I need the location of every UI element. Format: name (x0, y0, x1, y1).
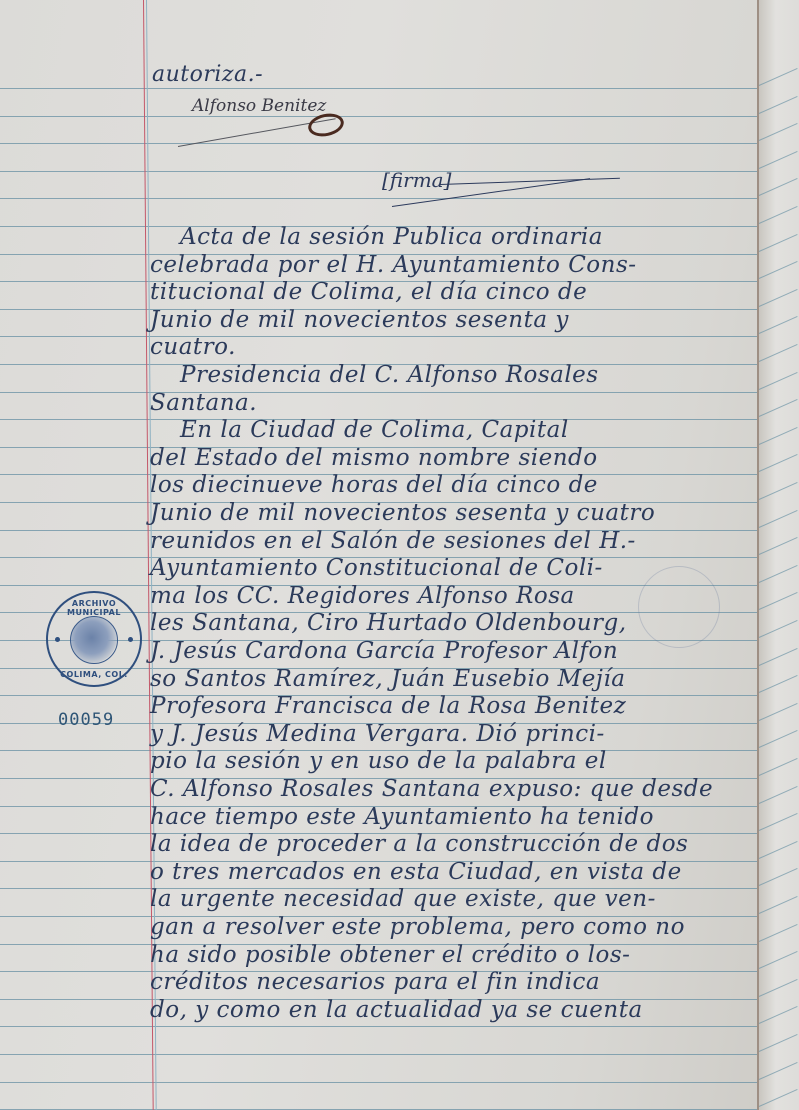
ruled-line (759, 123, 798, 141)
ruled-line (759, 703, 798, 721)
ruled-line (759, 454, 798, 472)
stamp-emblem (70, 616, 118, 664)
handwritten-line: reunidos en el Salón de sesiones del H.- (150, 528, 636, 554)
ruled-line (759, 979, 798, 997)
stamp-star-right (128, 637, 133, 642)
ruled-line (759, 841, 798, 859)
handwritten-line: la urgente necesidad que existe, que ven… (150, 886, 656, 912)
handwritten-line: do, y como en la actualidad ya se cuenta (150, 997, 643, 1023)
ruled-line (759, 261, 798, 279)
folio-number: 00059 (58, 710, 114, 730)
handwritten-line: so Santos Ramírez, Juán Eusebio Mejía (150, 666, 626, 692)
ruled-line (0, 198, 757, 199)
ruled-line (759, 675, 798, 693)
header-autoriza: autoriza.- (152, 62, 263, 87)
ruled-line (759, 344, 798, 362)
handwritten-line: Junio de mil novecientos sesenta y cuatr… (150, 500, 655, 526)
handwritten-line: titucional de Colima, el día cinco de (150, 279, 587, 305)
ruled-line (759, 178, 798, 196)
ruled-line (759, 482, 798, 500)
ledger-page: autoriza.- Alfonso Benitez [firma] Acta … (0, 0, 757, 1110)
ruled-line (0, 116, 757, 117)
ruled-line (759, 316, 798, 334)
handwritten-line: gan a resolver este problema, pero como … (150, 914, 685, 940)
ruled-line (759, 924, 798, 942)
handwritten-line: ma los CC. Regidores Alfonso Rosa (150, 583, 575, 609)
second-signature: [firma] (382, 168, 451, 192)
handwritten-line: J. Jesús Cardona García Profesor Alfon (150, 638, 618, 664)
signature-alfonso-benitez: Alfonso Benitez (192, 96, 326, 116)
handwritten-line: hace tiempo este Ayuntamiento ha tenido (150, 804, 654, 830)
ruled-line (759, 1006, 798, 1024)
ruled-line (759, 620, 798, 638)
handwritten-line: Ayuntamiento Constitucional de Coli- (150, 555, 603, 581)
handwritten-line: pio la sesión y en uso de la palabra el (150, 748, 607, 774)
ruled-line (759, 151, 798, 169)
handwritten-line: les Santana, Ciro Hurtado Oldenbourg, (150, 610, 627, 636)
stamp-bottom-text: COLIMA, COL. (48, 670, 140, 679)
ruled-line (0, 143, 757, 144)
adjacent-page-edge (757, 0, 799, 1110)
handwritten-line: ha sido posible obtener el crédito o los… (150, 942, 630, 968)
ruled-line (0, 336, 757, 337)
handwritten-line: créditos necesarios para el fin indica (150, 969, 600, 995)
ruled-line (0, 1026, 757, 1027)
handwritten-line: Profesora Francisca de la Rosa Benitez (150, 693, 626, 719)
handwritten-line: la idea de proceder a la construcción de… (150, 831, 688, 857)
ruled-line (759, 427, 798, 445)
ruled-line (759, 206, 798, 224)
second-signature-flourish (440, 178, 620, 185)
faint-stamp-impression (638, 566, 720, 648)
stamp-top-text: ARCHIVO MUNICIPAL (48, 599, 140, 617)
archivo-municipal-stamp: ARCHIVO MUNICIPAL COLIMA, COL. (46, 591, 142, 687)
ruled-line (759, 537, 798, 555)
ruled-line (759, 786, 798, 804)
ruled-line (0, 1054, 757, 1055)
handwritten-line: En la Ciudad de Colima, Capital (180, 417, 569, 443)
handwritten-line: C. Alfonso Rosales Santana expuso: que d… (150, 776, 713, 802)
ruled-line (759, 1062, 798, 1080)
ruled-line (759, 289, 798, 307)
handwritten-line: cuatro. (150, 334, 236, 360)
ruled-line (759, 813, 798, 831)
ruled-line (759, 68, 798, 86)
ruled-line (759, 372, 798, 390)
handwritten-line: celebrada por el H. Ayuntamiento Cons- (150, 252, 637, 278)
handwritten-line: o tres mercados en esta Ciudad, en vista… (150, 859, 682, 885)
ruled-line (759, 758, 798, 776)
ruled-line (759, 399, 798, 417)
stamp-star-left (55, 637, 60, 642)
ruled-line (759, 565, 798, 583)
ruled-line (0, 88, 757, 89)
ruled-line (759, 1089, 798, 1107)
handwritten-line: y J. Jesús Medina Vergara. Dió princi- (150, 721, 605, 747)
ruled-line (759, 648, 798, 666)
ruled-line (759, 234, 798, 252)
ruled-line (759, 96, 798, 114)
handwritten-line: los diecinueve horas del día cinco de (150, 472, 598, 498)
ruled-line (759, 510, 798, 528)
ruled-line (759, 1034, 798, 1052)
handwritten-line: del Estado del mismo nombre siendo (150, 445, 598, 471)
ruled-line (0, 1082, 757, 1083)
ruled-line (0, 392, 757, 393)
handwritten-line: Presidencia del C. Alfonso Rosales (180, 362, 599, 388)
handwritten-line: Santana. (150, 390, 257, 416)
ruled-line (759, 730, 798, 748)
ruled-line (0, 171, 757, 172)
ruled-line (759, 896, 798, 914)
ruled-line (759, 592, 798, 610)
ruled-line (759, 951, 798, 969)
ruled-line (759, 868, 798, 886)
handwritten-line: Junio de mil novecientos sesenta y (150, 307, 569, 333)
handwritten-line: Acta de la sesión Publica ordinaria (180, 224, 603, 250)
